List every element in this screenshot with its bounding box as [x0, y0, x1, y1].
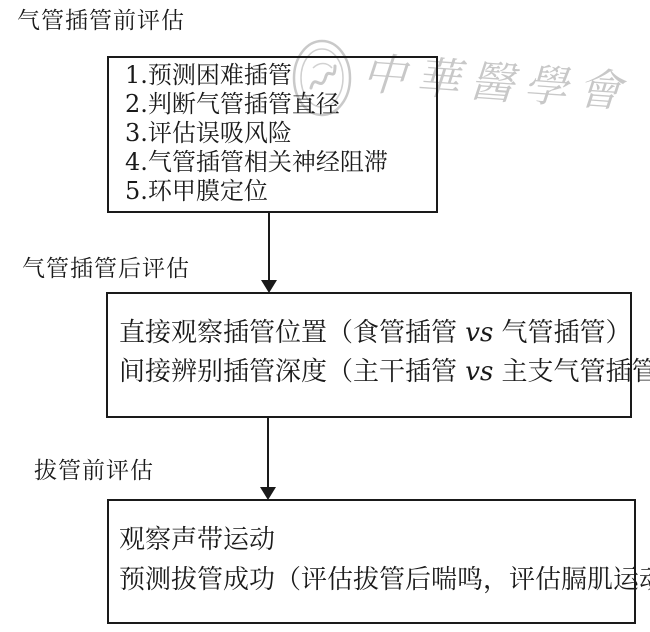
arrow-down-2	[260, 417, 276, 500]
list-item: 3.评估误吸风险	[125, 119, 436, 148]
line-text: 主支气管插管）	[493, 357, 650, 387]
list-item: 5.环甲膜定位	[125, 177, 436, 206]
arrow-down-1	[261, 212, 277, 293]
arrow-shaft	[267, 417, 269, 487]
section-label-post-intubation: 气管插管后评估	[22, 250, 190, 283]
line-text: 气管插管）	[493, 318, 631, 348]
section-label-pre-extubation: 拔管前评估	[34, 452, 154, 485]
list-item: 观察声带运动	[119, 520, 634, 560]
list-item: 直接观察插管位置（食管插管 vs 气管插管）	[119, 314, 630, 353]
vs-text: vs	[465, 357, 493, 387]
vs-text: vs	[465, 318, 493, 348]
post-intubation-box: 直接观察插管位置（食管插管 vs 气管插管） 间接辨别插管深度（主干插管 vs …	[106, 292, 632, 418]
flowchart-page: 中華醫學會 气管插管前评估 1.预测困难插管 2.判断气管插管直径 3.评估误吸…	[0, 0, 650, 632]
pre-intubation-box: 1.预测困难插管 2.判断气管插管直径 3.评估误吸风险 4.气管插管相关神经阻…	[107, 56, 438, 213]
arrow-shaft	[268, 212, 270, 280]
list-item: 4.气管插管相关神经阻滞	[125, 148, 436, 177]
list-item: 1.预测困难插管	[125, 61, 436, 90]
pre-extubation-box: 观察声带运动 预测拔管成功（评估拔管后喘鸣，评估膈肌运动）	[107, 499, 636, 624]
section-label-pre-intubation: 气管插管前评估	[17, 2, 185, 35]
line-text: 间接辨别插管深度（主干插管	[119, 357, 465, 387]
list-item: 间接辨别插管深度（主干插管 vs 主支气管插管）	[119, 353, 630, 392]
list-item: 预测拔管成功（评估拔管后喘鸣，评估膈肌运动）	[119, 560, 634, 600]
line-text: 直接观察插管位置（食管插管	[119, 318, 465, 348]
list-item: 2.判断气管插管直径	[125, 90, 436, 119]
